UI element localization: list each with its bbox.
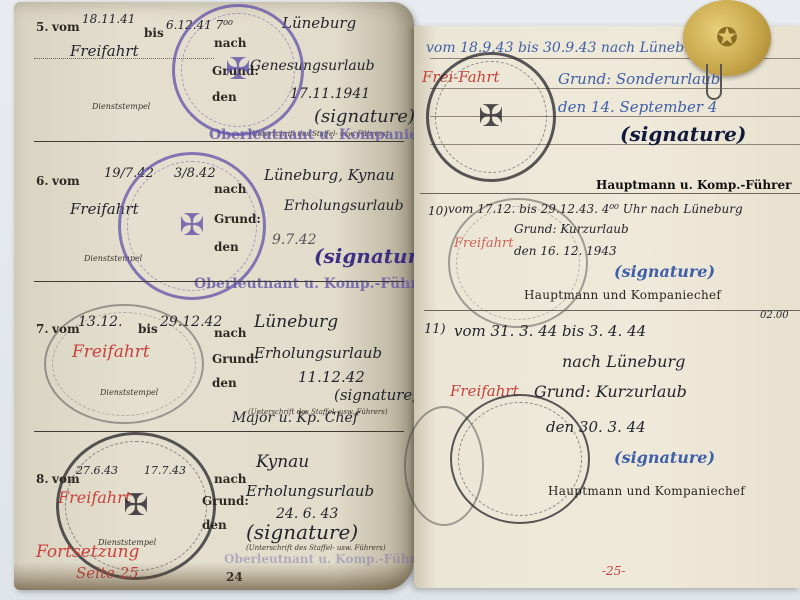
from-label: vom <box>52 174 80 188</box>
signature: (signature) <box>314 244 414 268</box>
slip-date: den 14. September 4 <box>558 98 717 116</box>
date-value: 9.7.42 <box>272 232 317 248</box>
signature-caption: (Unterschrift des Staffel- usw. Führers) <box>246 544 386 552</box>
to-label: bis <box>144 26 164 40</box>
destination: nach Lüneburg <box>562 352 685 371</box>
date-label: den <box>212 376 237 390</box>
service-stamp: ✠ <box>118 152 266 300</box>
destination-label: nach <box>214 472 247 486</box>
reason-label: Grund: <box>212 352 259 366</box>
signature: (signature) <box>614 262 715 281</box>
slip-dates: vom 18.9.43 bis 30.9.43 nach Lüneburg <box>426 40 709 56</box>
entry-dates: vom 31. 3. 44 bis 3. 4. 44 <box>454 322 646 340</box>
destination-value: Kynau <box>256 452 309 472</box>
entry-number: 11) <box>424 322 446 337</box>
leave-entry-7: 7. vom 13.12. bis 29.12.42 nach Lüneburg… <box>14 292 414 432</box>
reason-value: Erholungsurlaub <box>246 482 374 500</box>
date-value: 17.11.1941 <box>290 86 370 102</box>
slip-signature: (signature) <box>620 122 746 146</box>
entry-number: 7. <box>36 322 49 336</box>
continuation-note-line1: Fortsetzung <box>36 542 139 562</box>
signature: (signature) <box>614 448 715 467</box>
from-value: 18.11.41 <box>82 12 135 26</box>
service-stamp: ✠ <box>426 52 556 182</box>
service-stamp-partial <box>404 406 484 526</box>
service-stamp: ✠ <box>172 4 304 136</box>
service-stamp-label: Dienststempel <box>92 102 150 111</box>
destination-value: Lüneburg <box>282 14 356 32</box>
document-photo: 5. vom 18.11.41 bis 6.12.41 7⁰⁰ nach Lün… <box>0 0 800 600</box>
coin-icon: ✪ <box>683 0 771 76</box>
page-number: 24 <box>226 570 243 584</box>
entry-number: 8. <box>36 472 49 486</box>
slip-rank: Hauptmann u. Komp.-Führer <box>596 178 791 192</box>
continuation-note-line2: Seite 25 <box>76 564 139 582</box>
slip-reason: Grund: Sonderurlaub <box>558 70 720 88</box>
service-stamp <box>44 304 204 424</box>
signature: (signature) <box>314 106 414 127</box>
reason-value: Erholungsurlaub <box>254 344 382 362</box>
right-page: vom 18.9.43 bis 30.9.43 nach Lüneburg Fr… <box>414 26 800 588</box>
signature: (signature) <box>334 386 414 404</box>
destination-label: nach <box>214 326 247 340</box>
from-label: vom <box>52 20 80 34</box>
entry-number: 6. <box>36 174 49 188</box>
page-number: -25- <box>602 564 625 578</box>
signature: (signature) <box>246 520 358 544</box>
reason: Grund: Kurzurlaub <box>534 382 687 401</box>
leave-entry-6: 6. vom 19/7.42 3/8.42 nach Lüneburg, Kyn… <box>14 142 414 282</box>
entry-time: 02.00 <box>760 310 789 321</box>
destination-value: Lüneburg, Kynau <box>264 166 395 184</box>
wire-clip <box>706 64 722 100</box>
reason-value: Erholungsurlaub <box>284 198 404 214</box>
service-stamp <box>448 198 588 328</box>
date-value: 11.12.42 <box>298 368 365 386</box>
destination-value: Lüneburg <box>254 312 338 332</box>
left-page: 5. vom 18.11.41 bis 6.12.41 7⁰⁰ nach Lün… <box>14 2 414 590</box>
leave-entry-8: 8. vom 27.6.43 17.7.43 nach Kynau Freifa… <box>14 432 414 590</box>
entry-number: 10) <box>428 204 448 218</box>
entry-number: 5. <box>36 20 49 34</box>
rank-stamp: Oberleutnant u. Komp.-Führer <box>224 552 414 566</box>
leave-entry-5: 5. vom 18.11.41 bis 6.12.41 7⁰⁰ nach Lün… <box>14 2 414 142</box>
rank-handwritten: Major u. Kp. Chef <box>232 410 358 426</box>
